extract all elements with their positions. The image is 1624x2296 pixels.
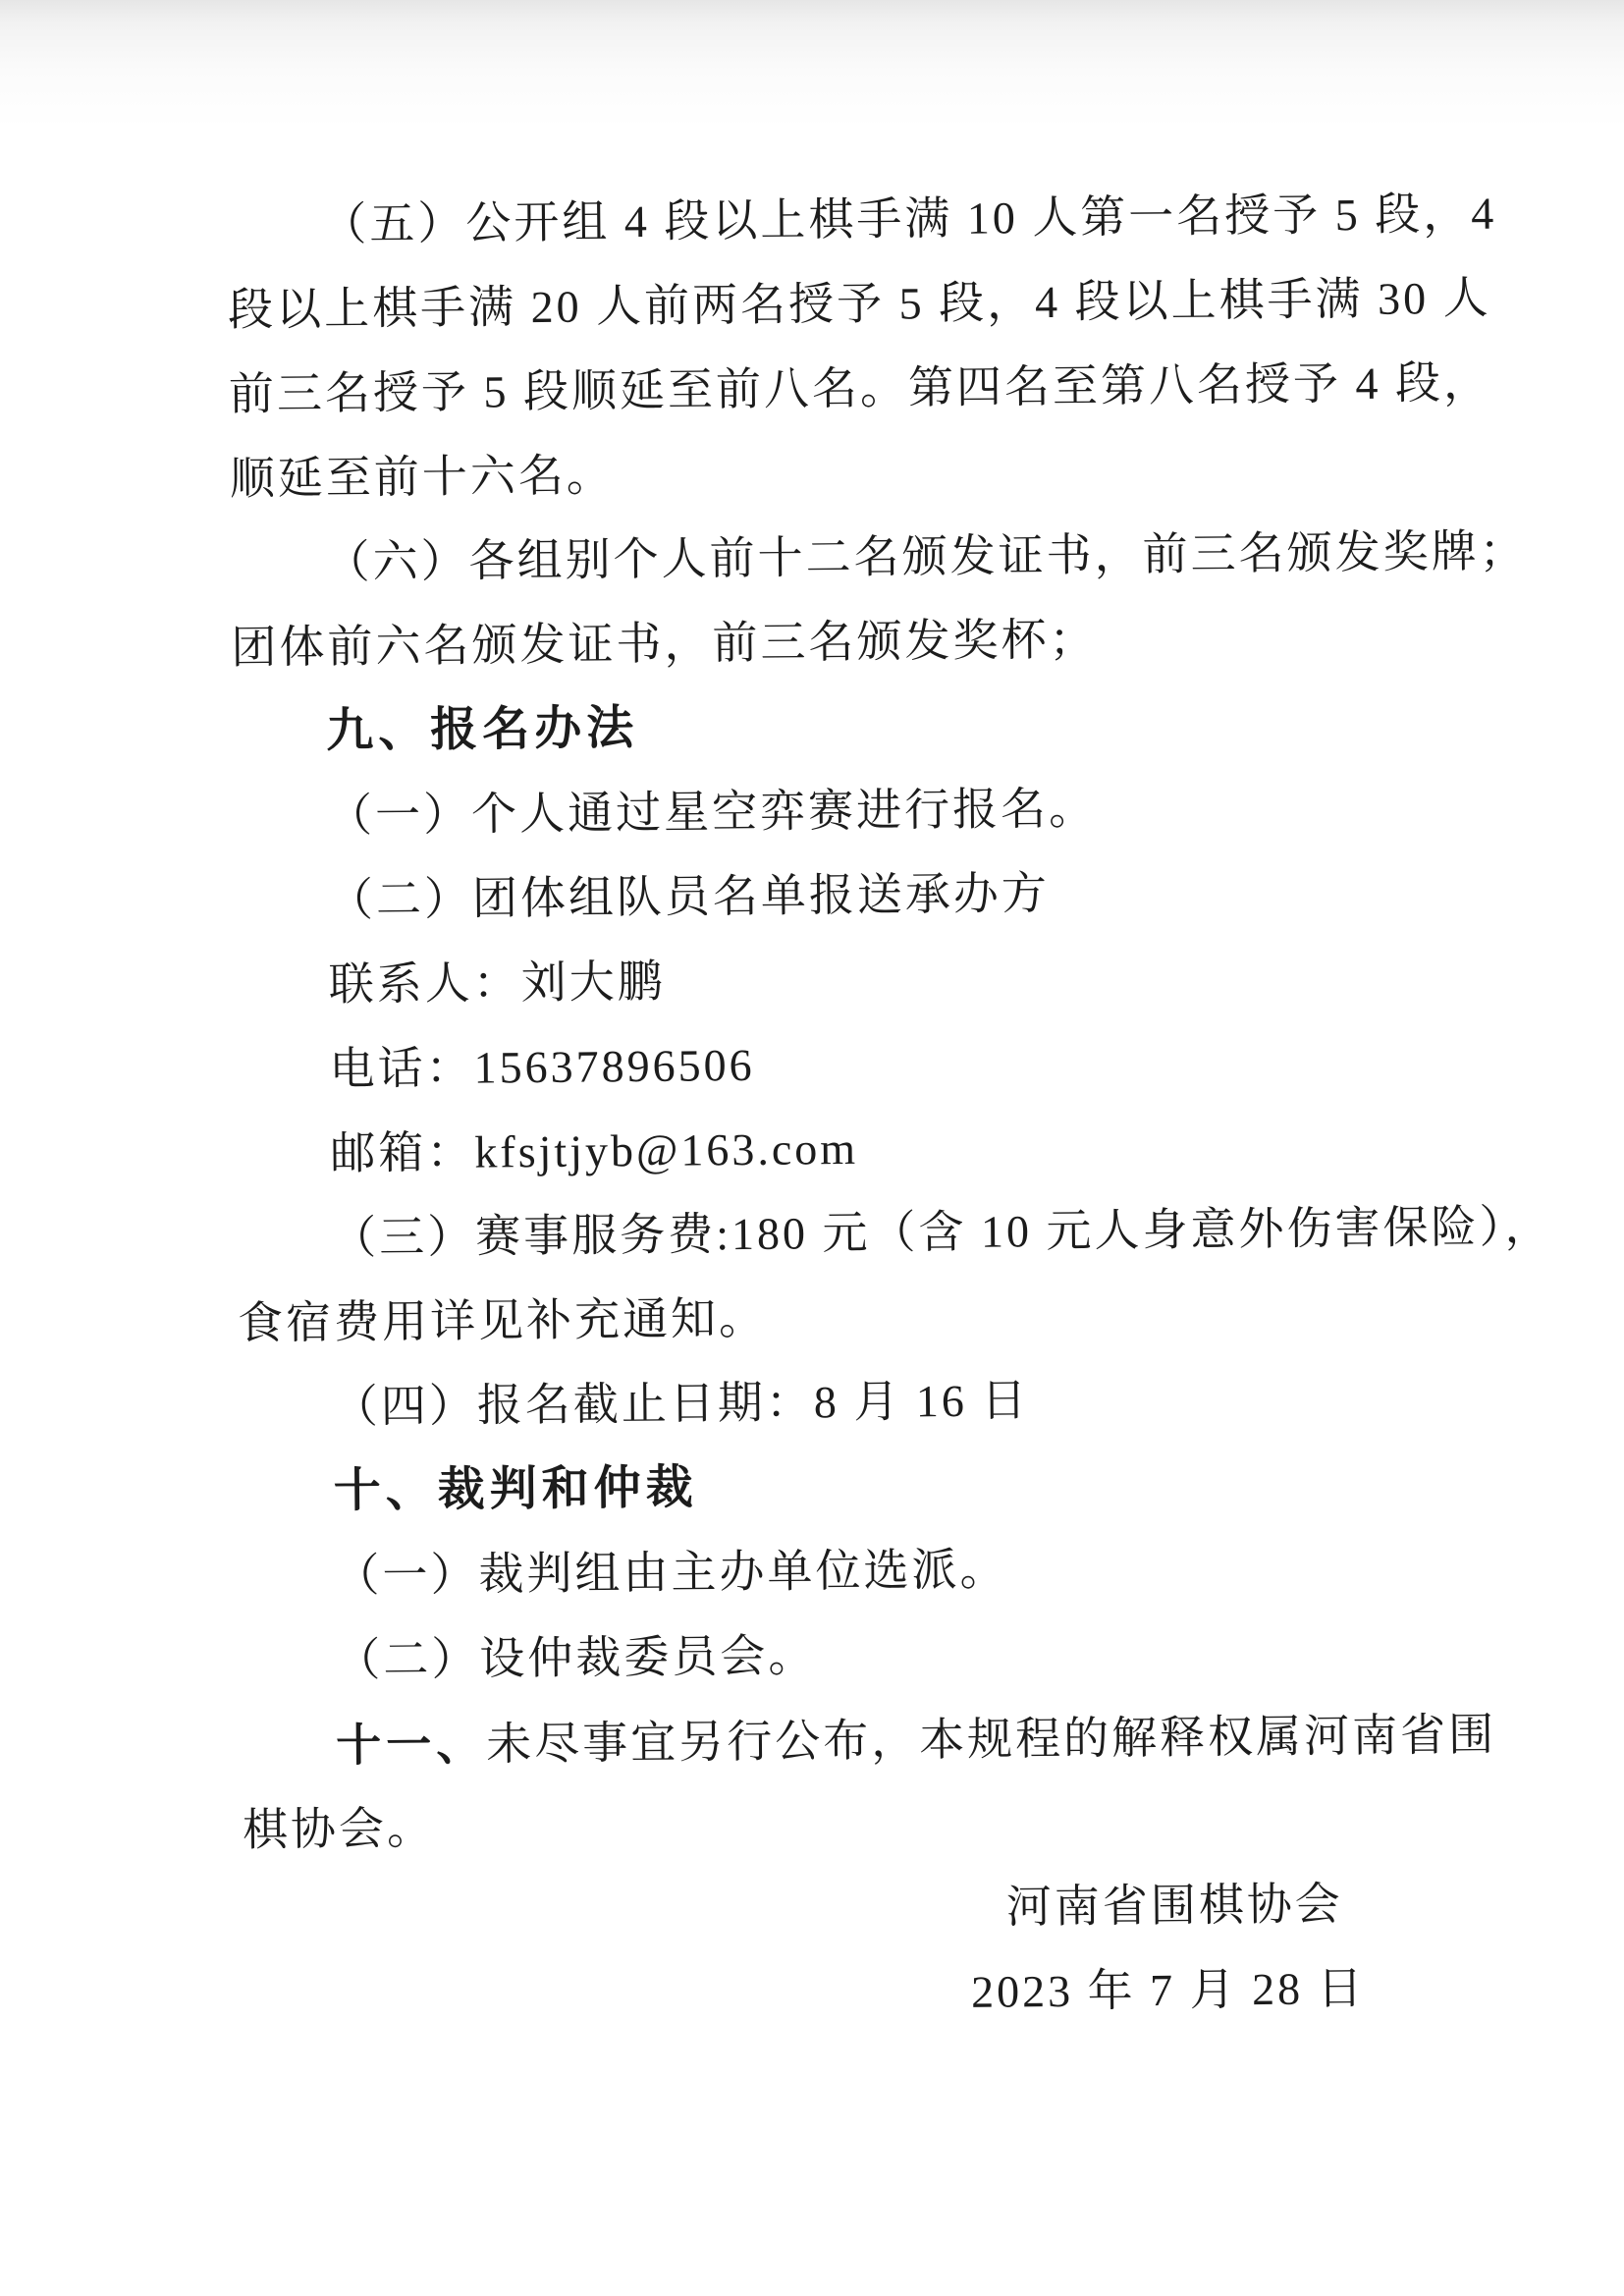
signature-line: 2023 年 7 月 28 日 [244, 1946, 1374, 2042]
document-page: （五）公开组 4 段以上棋手满 10 人第一名授予 5 段，4段以上棋手满 20… [227, 173, 1374, 2042]
document-line: （五）公开组 4 段以上棋手满 10 人第一名授予 5 段，4 [227, 173, 1357, 268]
scan-edge-shade [0, 0, 1624, 128]
document-line: 十一、未尽事宜另行公布，本规程的解释权属河南省围 [242, 1693, 1372, 1788]
signature-line: 河南省围棋协会 [243, 1862, 1373, 1957]
document-line: 前三名授予 5 段顺延至前八名。第四名至第八名授予 4 段， [229, 342, 1359, 437]
document-line: （二）团体组队员名单报送承办方 [234, 848, 1364, 944]
document-line: 邮箱：kfsjtjyb@163.com [236, 1102, 1366, 1197]
section-heading: 十、裁判和仲裁 [239, 1440, 1369, 1535]
document-line: （一）裁判组由主办单位选派。 [240, 1524, 1370, 1619]
document-line: （六）各组别个人前十二名颁发证书，前三名颁发奖牌； [230, 511, 1360, 606]
document-body: （五）公开组 4 段以上棋手满 10 人第一名授予 5 段，4段以上棋手满 20… [227, 173, 1374, 2042]
document-line: （四）报名截止日期：8 月 16 日 [238, 1355, 1368, 1450]
document-line: 电话：15637896506 [235, 1017, 1365, 1113]
document-line: 顺延至前十六名。 [229, 426, 1359, 521]
document-line: 食宿费用详见补充通知。 [238, 1271, 1368, 1366]
document-line: （二）设仲裁委员会。 [241, 1609, 1371, 1704]
bold-list-number: 十一、 [336, 1719, 486, 1771]
document-line: 团体前六名颁发证书，前三名颁发奖杯； [231, 595, 1361, 690]
section-heading: 九、报名办法 [232, 680, 1362, 775]
document-line: 联系人：刘大鹏 [234, 933, 1364, 1028]
document-line: （一）个人通过星空弈赛进行报名。 [233, 764, 1363, 859]
document-line: 段以上棋手满 20 人前两名授予 5 段，4 段以上棋手满 30 人 [228, 257, 1358, 353]
document-line: 棋协会。 [243, 1777, 1373, 1873]
document-line: （三）赛事服务费:180 元（含 10 元人身意外伤害保险）， [237, 1186, 1367, 1282]
